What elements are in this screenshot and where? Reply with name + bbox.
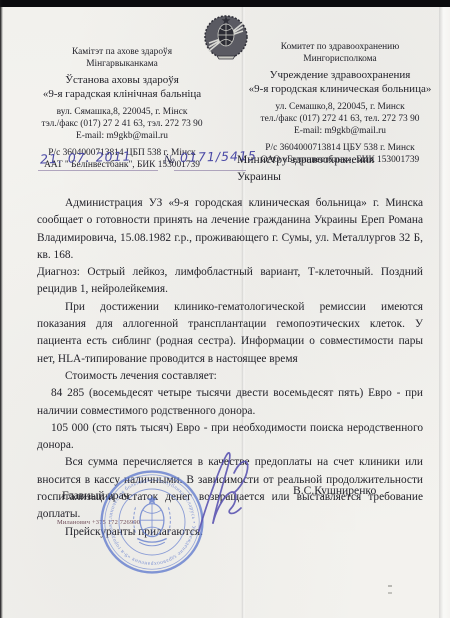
number-underline xyxy=(174,170,246,171)
addressee-block: Министру здравоохранения Украины xyxy=(237,152,374,185)
date-underline xyxy=(38,170,158,171)
address-ru: ул. Семашко,8, 220045, г. Минск xyxy=(238,102,442,114)
org-committee-ru: Комитет по здравоохранению xyxy=(238,42,442,54)
scan-noise-specks xyxy=(388,585,392,601)
phone-ru: тел./факс (017) 272 41 63, тел. 272 73 9… xyxy=(238,114,442,126)
letterhead-russian-column: Комитет по здравоохранению Мингорисполко… xyxy=(238,42,442,166)
paragraph-cost-related: 84 285 (восемьдесят четыре тысячи двести… xyxy=(37,385,423,420)
addressee-line1: Министру здравоохранения xyxy=(237,152,374,169)
scan-left-edge xyxy=(0,0,3,618)
email-ru: E-mail: m9gkb@mail.ru xyxy=(238,126,442,138)
org-name-ru: Учреждение здравоохранения xyxy=(238,69,442,83)
email-by: E-mail: m9gkb@mail.ru xyxy=(26,131,218,143)
address-by: вул. Сямашка,8, 220045, г. Мінск xyxy=(26,107,218,119)
org-name-by: Ўстанова аховы здароўя xyxy=(26,74,218,88)
paragraph-cost-header: Стоимость лечения составляет: xyxy=(37,368,423,385)
paragraph-indication: При достижении клинико-гематологической … xyxy=(37,299,423,368)
org-name-ru-2: «9-я городская клиническая больница» xyxy=(238,83,442,97)
paragraph-intro: Администрация УЗ «9-я городская клиничес… xyxy=(37,195,423,264)
number-sign: № xyxy=(164,154,175,166)
scanned-letter-page: Камітэт па ахове здароўя Мінгарвыканкама… xyxy=(0,0,450,618)
org-committee-by-2: Мінгарвыканкама xyxy=(26,59,218,71)
addressee-line2: Украины xyxy=(237,169,374,186)
signer-name: В.С.Кушниренко xyxy=(293,484,376,497)
phone-by: тэл./факс (017) 27 2 41 63, тэл. 272 73 … xyxy=(26,119,218,131)
handwritten-date: 21. 07. 2011 xyxy=(40,148,132,166)
reference-row: 21. 07. 2011 № 0171/5415 xyxy=(38,148,248,174)
handwritten-signature xyxy=(191,447,263,539)
paragraph-diagnosis: Диагноз: Острый лейкоз, лимфобластный ва… xyxy=(37,264,423,299)
org-name-by-2: «9-я гарадская клінічная бальніца xyxy=(26,88,218,102)
org-committee-by: Камітэт па ахове здароўя xyxy=(26,47,218,59)
scan-top-edge xyxy=(0,0,450,7)
org-committee-ru-2: Мингорисполкома xyxy=(238,54,442,66)
